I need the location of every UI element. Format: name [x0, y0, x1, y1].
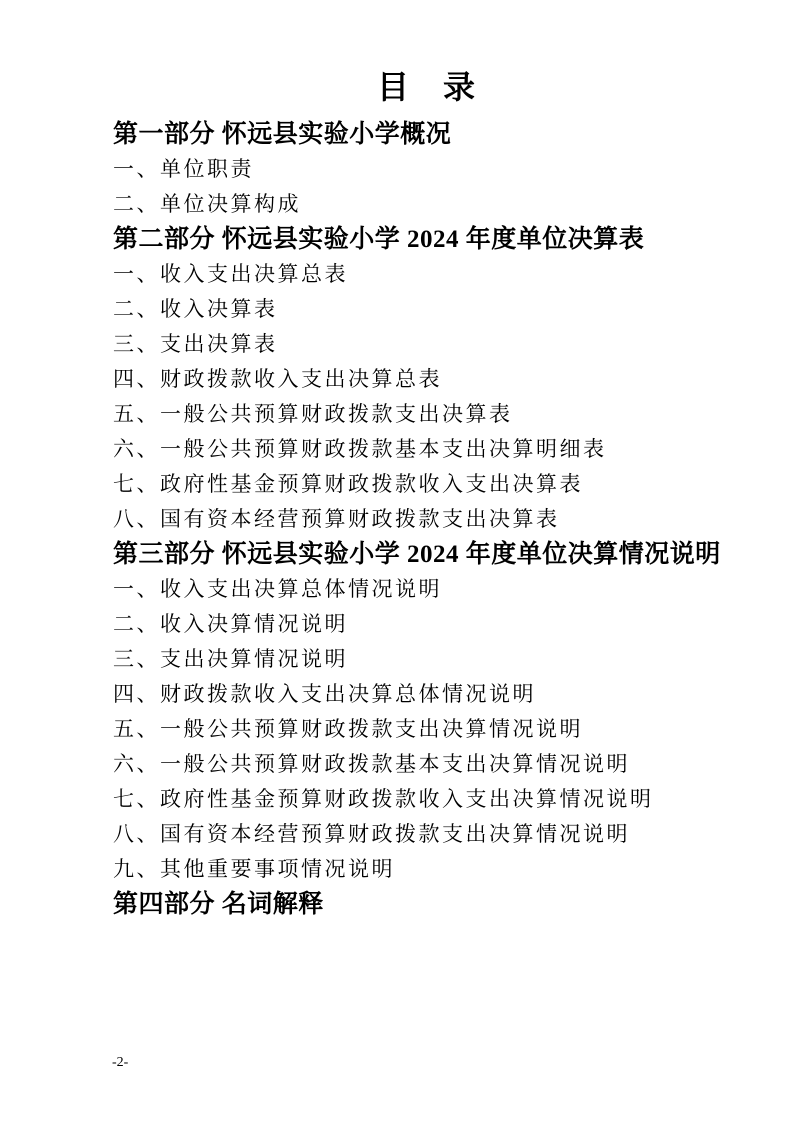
toc-item: 二、收入决算表 [113, 292, 763, 327]
toc-item: 八、国有资本经营预算财政拨款支出决算情况说明 [113, 817, 763, 852]
toc-item: 一、单位职责 [113, 152, 763, 187]
toc-item: 六、一般公共预算财政拨款基本支出决算明细表 [113, 432, 763, 467]
document-page: 目 录 第一部分 怀远县实验小学概况 一、单位职责 二、单位决算构成 第二部分 … [0, 0, 793, 1122]
toc-item: 六、一般公共预算财政拨款基本支出决算情况说明 [113, 747, 763, 782]
toc-section-heading-part3: 第三部分 怀远县实验小学 2024 年度单位决算情况说明 [113, 537, 763, 572]
page-title: 目 录 [113, 67, 740, 107]
toc-item: 三、支出决算情况说明 [113, 642, 763, 677]
toc-item: 九、其他重要事项情况说明 [113, 852, 763, 887]
toc-item: 五、一般公共预算财政拨款支出决算表 [113, 397, 763, 432]
toc-item: 一、收入支出决算总体情况说明 [113, 572, 763, 607]
table-of-contents: 第一部分 怀远县实验小学概况 一、单位职责 二、单位决算构成 第二部分 怀远县实… [113, 117, 763, 922]
toc-item: 五、一般公共预算财政拨款支出决算情况说明 [113, 712, 763, 747]
page-number: -2- [112, 1054, 128, 1072]
toc-item: 七、政府性基金预算财政拨款收入支出决算情况说明 [113, 782, 763, 817]
toc-section-heading-part2: 第二部分 怀远县实验小学 2024 年度单位决算表 [113, 222, 763, 257]
toc-section-heading-part1: 第一部分 怀远县实验小学概况 [113, 117, 763, 152]
toc-item: 七、政府性基金预算财政拨款收入支出决算表 [113, 467, 763, 502]
toc-item: 二、收入决算情况说明 [113, 607, 763, 642]
toc-item: 八、国有资本经营预算财政拨款支出决算表 [113, 502, 763, 537]
toc-item: 二、单位决算构成 [113, 187, 763, 222]
toc-item: 四、财政拨款收入支出决算总表 [113, 362, 763, 397]
toc-item: 四、财政拨款收入支出决算总体情况说明 [113, 677, 763, 712]
toc-section-heading-part4: 第四部分 名词解释 [113, 887, 763, 922]
toc-item: 三、支出决算表 [113, 327, 763, 362]
toc-item: 一、收入支出决算总表 [113, 257, 763, 292]
